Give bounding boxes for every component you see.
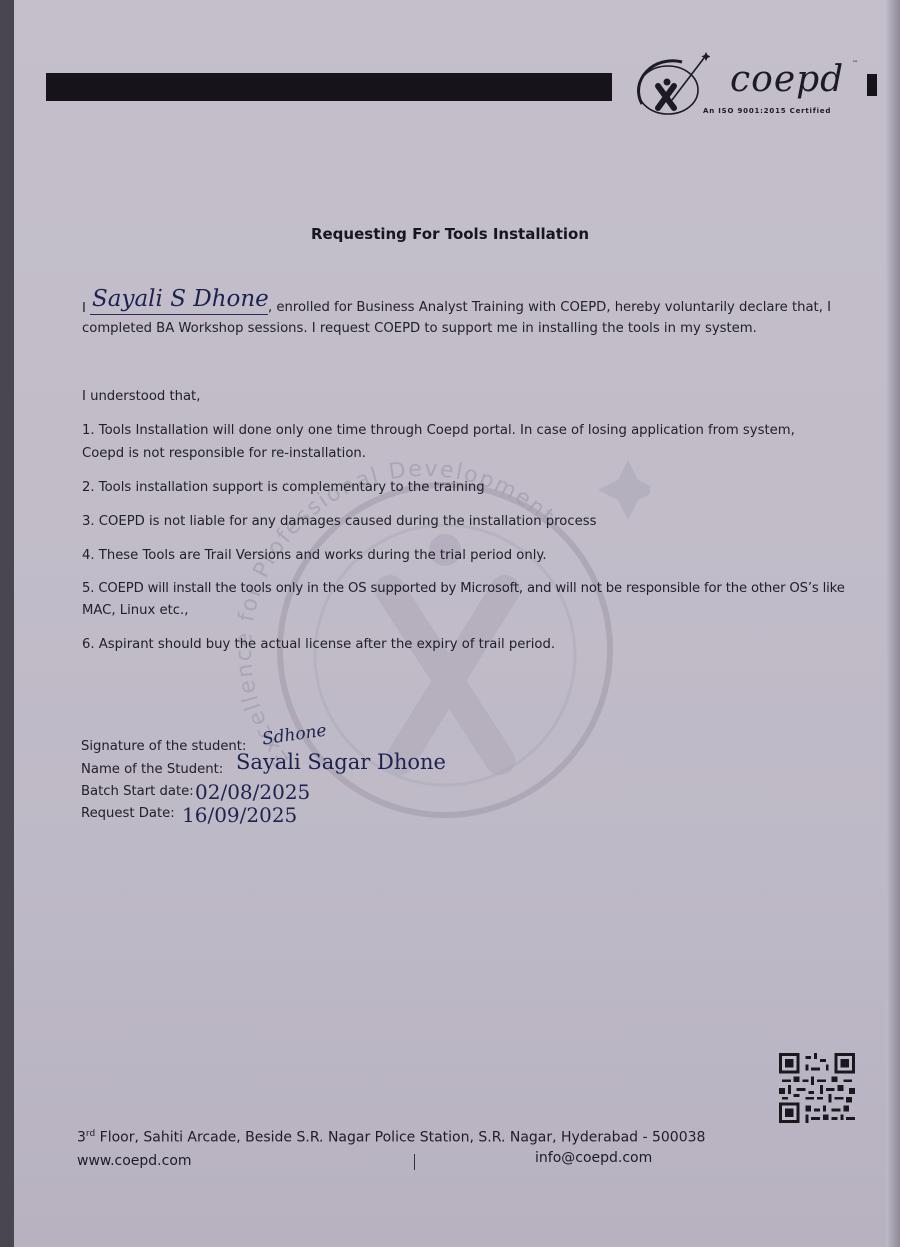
header-end-bar [867,74,877,96]
batch-start-value: 02/08/2025 [195,782,310,802]
term-4: 4. These Tools are Trail Versions and wo… [82,549,547,562]
request-date-value: 16/09/2025 [182,805,297,825]
trademark: ™ [852,60,858,67]
document-page [14,0,900,1247]
term-1-line-1: 1. Tools Installation will done only one… [82,424,795,437]
name-underline [90,314,268,315]
coepd-emblem-icon [620,46,710,126]
name-label: Name of the Student: [81,763,223,776]
qr-code-icon [778,1053,856,1123]
term-6: 6. Aspirant should buy the actual licens… [82,638,555,651]
term-1-line-2: Coepd is not responsible for re-installa… [82,447,366,460]
batch-start-label: Batch Start date: [81,785,194,798]
term-2: 2. Tools installation support is complem… [82,481,485,494]
footer-email-link[interactable]: info@coepd.com [535,1151,652,1165]
declaration-line-2: completed BA Workshop sessions. I reques… [82,322,757,335]
request-date-label: Request Date: [81,807,175,820]
coepd-logo: coepd ™ An ISO 9001:2015 Certified [620,46,860,126]
header-bar [46,73,612,101]
signature-label: Signature of the student: [81,740,246,753]
document-title: Requesting For Tools Installation [0,225,900,243]
iso-certification: An ISO 9001:2015 Certified [703,107,831,115]
address-sup: rd [86,1129,95,1139]
term-5-line-1: 5. COEPD will install the tools only in … [82,582,845,595]
address-floor: 3 [77,1130,86,1146]
brand-wordmark: coepd [730,62,844,98]
photo-edge-left [0,0,14,1247]
declaration-line-1: , enrolled for Business Analyst Training… [268,301,831,314]
footer-separator [414,1154,415,1170]
photo-edge-right [886,0,900,1247]
understood-heading: I understood that, [82,390,200,403]
term-3: 3. COEPD is not liable for any damages c… [82,515,596,528]
handwritten-student-name: Sayali S Dhone [92,288,269,311]
footer-website-link[interactable]: www.coepd.com [77,1154,192,1168]
student-name-value: Sayali Sagar Dhone [236,752,446,773]
term-5-line-2: MAC, Linux etc., [82,604,188,617]
declaration-prefix: I [82,302,86,315]
footer-address: 3rd Floor, Sahiti Arcade, Beside S.R. Na… [77,1130,705,1145]
address-rest: Floor, Sahiti Arcade, Beside S.R. Nagar … [95,1130,705,1146]
